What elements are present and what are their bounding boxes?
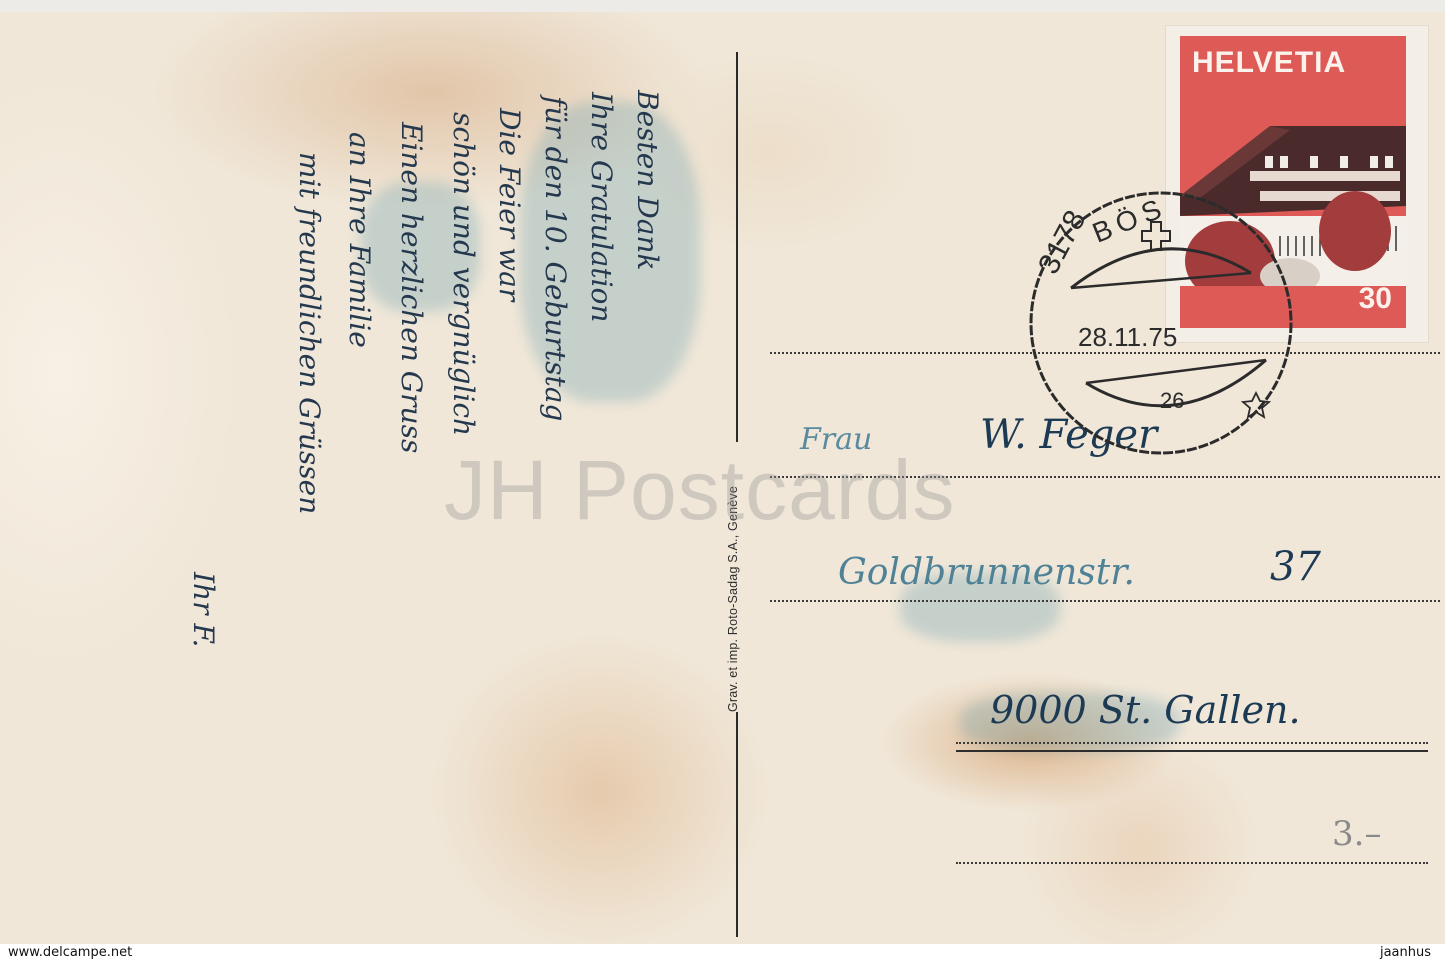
postmark-date: 28.11.75 [1078,322,1177,353]
address-street: Goldbrunnenstr. [838,552,1135,593]
message-signature: Ihr F. [187,572,220,647]
paper-stain [430,632,770,944]
message-line: für den 10. Geburtstag [539,96,572,421]
stamp-country: HELVETIA [1192,46,1346,80]
scan-border [0,0,1445,12]
postmark-hour: 26 [1160,388,1184,414]
seller-label: jaanhus [1380,945,1431,960]
stamp-value: 30 [1359,282,1392,316]
address-line [956,742,1428,744]
watermark: JH Postcards [444,442,956,539]
source-site-label: www.delcampe.net [8,945,132,960]
pencil-note: 3.– [1332,814,1381,854]
address-line [956,862,1428,864]
address-line [770,600,1440,602]
message-line: mit freundlichen Grüssen [293,152,326,514]
message-line: schön und vergnüglich [447,112,480,436]
message-line: Einen herzlichen Gruss [395,122,428,453]
message-line: Besten Dank [631,90,664,270]
address-city: 9000 St. Gallen. [990,688,1301,732]
message-line: Ihre Gratulation [585,92,618,322]
postcard-back: Grav. et imp. Roto-Sadag S.A., Genève Be… [0,12,1445,944]
paper-stain [1020,732,1260,944]
address-house-number: 37 [1270,544,1321,590]
message-line: an Ihre Familie [343,132,376,348]
message-line: Die Feier war [493,108,526,301]
address-underline [956,750,1428,752]
